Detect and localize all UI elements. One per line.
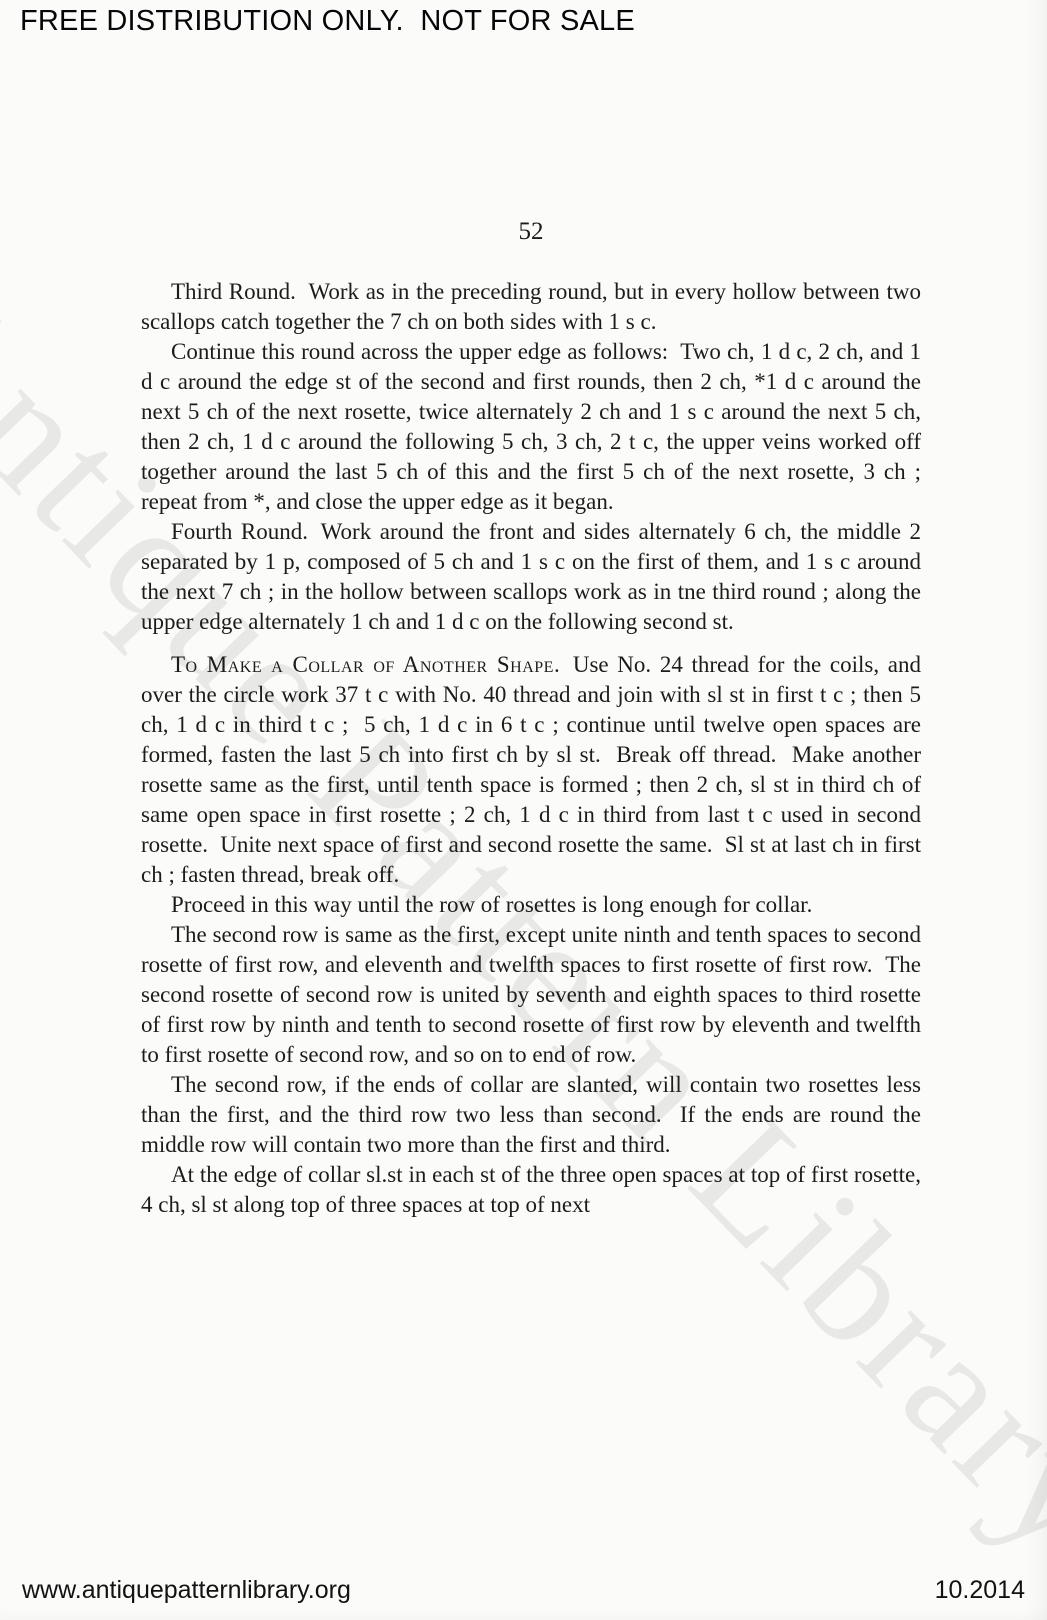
footer: www.antiquepatternlibrary.org 10.2014	[22, 1576, 1025, 1605]
paragraph-lead-heading: To Make a Collar of Another Shape.	[171, 652, 560, 677]
paragraph-text: The second row, if the ends of collar ar…	[141, 1072, 927, 1157]
paragraph-collar-another-shape: To Make a Collar of Another Shape.Use No…	[141, 650, 921, 890]
paragraph-edge-of-collar: At the edge of collar sl.st in each st o…	[141, 1160, 921, 1220]
paragraph-text: Use No. 24 thread for the coils, and ove…	[141, 652, 927, 887]
paragraph-text: Continue this round across the upper edg…	[141, 339, 933, 514]
footer-date: 10.2014	[935, 1576, 1025, 1605]
body-text-block: Third Round.Work as in the preceding rou…	[141, 277, 921, 1220]
paragraph-text: At the edge of collar sl.st in each st o…	[141, 1162, 927, 1217]
paragraph-proceed: Proceed in this way until the row of ros…	[141, 890, 921, 920]
distribution-banner: FREE DISTRIBUTION ONLY. NOT FOR SALE	[20, 5, 635, 38]
paragraph-second-row: The second row is same as the first, exc…	[141, 920, 921, 1070]
paragraph-lead: Fourth Round.	[171, 519, 308, 544]
footer-url: www.antiquepatternlibrary.org	[22, 1576, 351, 1605]
paragraph-text: Proceed in this way until the row of ros…	[171, 892, 812, 917]
paragraph-lead: Third Round.	[171, 279, 296, 304]
paragraph-third-round: Third Round.Work as in the preceding rou…	[141, 277, 921, 337]
paragraph-slanted-ends: The second row, if the ends of collar ar…	[141, 1070, 921, 1160]
scanned-book-page: Antique Pattern Library FREE DISTRIBUTIO…	[0, 0, 1047, 1620]
paragraph-continue-round: Continue this round across the upper edg…	[141, 337, 921, 517]
paragraph-fourth-round: Fourth Round.Work around the front and s…	[141, 517, 921, 637]
paragraph-text: The second row is same as the first, exc…	[141, 922, 927, 1067]
page-number: 52	[141, 218, 921, 246]
